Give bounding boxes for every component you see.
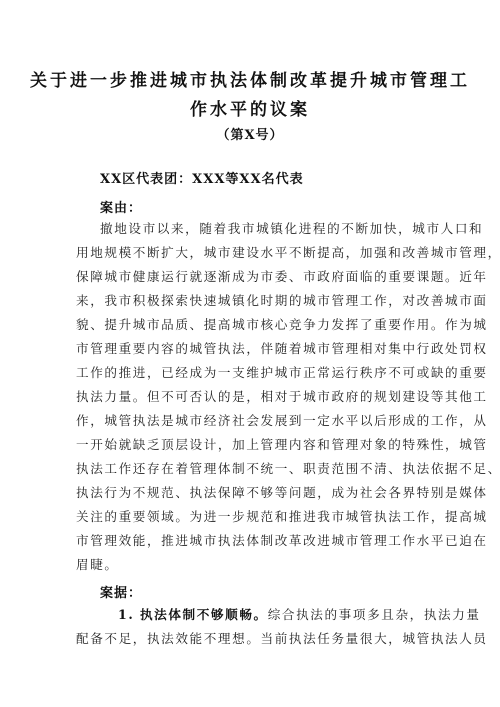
reason-paragraph-line: 市管理效能，推进城市执法体制改革改进城市管理工作水平已迫在 bbox=[76, 533, 432, 549]
basis-point-continuation: 配备不足，执法效能不理想。当前执法任务量很大，城管执法人员 bbox=[76, 631, 432, 647]
basis-label: 案据： bbox=[100, 582, 142, 601]
document-title-line-1: 关于进一步推进城市执法体制改革提升城市管理工 bbox=[0, 66, 500, 91]
basis-point-heading: 执法体制不够顺畅。 bbox=[140, 607, 268, 622]
reason-paragraph-line: 作，城管执法是城市经济社会发展到一定水平以后形成的工作，从 bbox=[76, 413, 432, 429]
reason-paragraph-line: 貌、提升城市品质、提高城市核心竞争力发挥了重要作用。作为城 bbox=[76, 317, 432, 333]
document-number: （第X号） bbox=[0, 124, 500, 143]
reason-paragraph-line: 一开始就缺乏顶层设计，加上管理内容和管理对象的特殊性，城管 bbox=[76, 437, 432, 453]
basis-point-number: 1. bbox=[118, 607, 134, 622]
reason-paragraph-line: 工作的推进，已经成为一支维护城市正常运行秩序不可或缺的重要 bbox=[76, 365, 432, 381]
reason-paragraph-line: 眉睫。 bbox=[76, 557, 432, 573]
reason-paragraph-line: 来，我市积极探索快速城镇化时期的城市管理工作，对改善城市面 bbox=[76, 293, 432, 309]
reason-paragraph-line: 执法力量。但不可否认的是，相对于城市政府的规划建设等其他工 bbox=[76, 389, 432, 405]
document-title-line-2: 作水平的议案 bbox=[0, 95, 500, 120]
reason-paragraph-line: 关注的重要领域。为进一步规范和推进我市城管执法工作，提高城 bbox=[76, 509, 432, 525]
delegation-line: XX区代表团：XXX等XX名代表 bbox=[100, 168, 304, 187]
reason-label: 案由： bbox=[100, 197, 142, 216]
reason-paragraph-line: 用地规模不断扩大，城市建设水平不断提高，加强和改善城市管理， bbox=[76, 245, 432, 261]
basis-point-1: 1. 执法体制不够顺畅。综合执法的事项多且杂，执法力量 bbox=[118, 607, 481, 623]
document-page: 关于进一步推进城市执法体制改革提升城市管理工 作水平的议案 （第X号） XX区代… bbox=[0, 0, 500, 707]
reason-paragraph-line: 执法行为不规范、执法保障不够等问题，成为社会各界特别是媒体 bbox=[76, 485, 432, 501]
reason-paragraph-line: 保障城市健康运行就逐渐成为市委、市政府面临的重要课题。近年 bbox=[76, 269, 432, 285]
basis-point-text: 综合执法的事项多且杂，执法力量 bbox=[268, 607, 481, 622]
reason-paragraph-line: 执法工作还存在着管理体制不统一、职责范围不清、执法依据不足、 bbox=[76, 461, 432, 477]
reason-paragraph-line: 撤地设市以来，随着我市城镇化进程的不断加快，城市人口和 bbox=[100, 221, 456, 237]
reason-paragraph-line: 市管理重要内容的城管执法，伴随着城市管理相对集中行政处罚权 bbox=[76, 341, 432, 357]
